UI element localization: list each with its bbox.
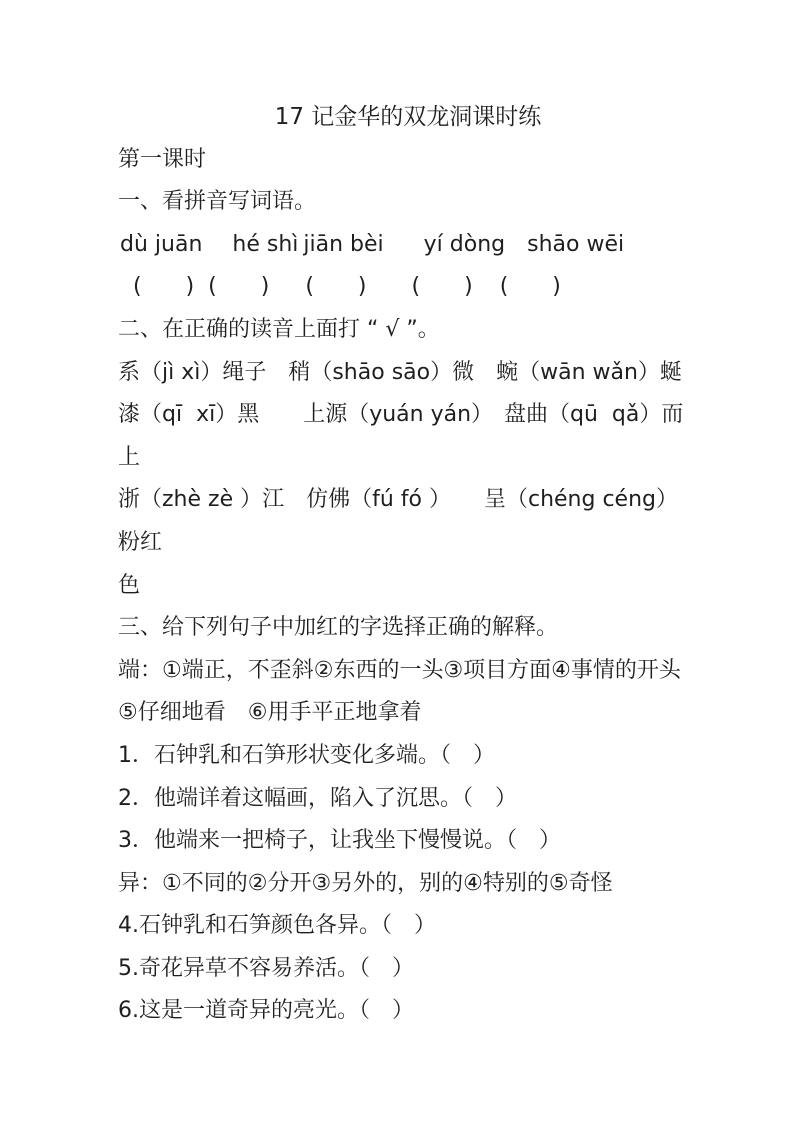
exercise2-line: 色: [118, 565, 698, 608]
exercise2-heading: 二、在正确的读音上面打 “ √ ”。: [118, 309, 698, 352]
exercise2-line: 漆（qī xī）黑 上源（yuán yán） 盘曲（qū qǎ）而上: [118, 394, 698, 479]
document-content: 17 记金华的双龙洞课时练 第一课时 一、看拼音写词语。 dù juān hé …: [118, 96, 698, 1033]
yi-definition-line: 异：①不同的②分开③另外的，别的④特别的⑤奇怪: [118, 863, 698, 906]
pinyin-word: shāo wēi: [527, 224, 624, 267]
pinyin-word: jiān bèi: [303, 224, 383, 267]
question-item: 2．他端详着这幅画，陷入了沉思。（ ）: [118, 778, 698, 821]
question-item: 1．石钟乳和石笋形状变化多端。（ ）: [118, 735, 698, 778]
answer-blank: ( ): [130, 266, 197, 309]
answer-blank: ( ): [205, 266, 272, 309]
pinyin-row: dù juān hé shì jiān bèi yí dòng shāo wēi: [118, 224, 698, 267]
question-item: 6.这是一道奇异的亮光。（ ）: [118, 990, 698, 1033]
question-item: 5.奇花异草不容易养活。（ ）: [118, 948, 698, 991]
pinyin-word: dù juān: [120, 224, 202, 267]
exercise2-line: 浙（zhè zè ）江 仿佛（fú fó ） 呈（chéng céng）粉红: [118, 479, 698, 564]
answer-blank: ( ): [302, 266, 369, 309]
answer-blanks-row: ( ) ( ) ( ) ( ) ( ): [118, 266, 698, 309]
question-item: 4.石钟乳和石笋颜色各异。（ ）: [118, 905, 698, 948]
exercise3-heading: 三、给下列句子中加红的字选择正确的解释。: [118, 607, 698, 650]
session-heading: 第一课时: [118, 139, 698, 182]
duan-definition-line: 端：①端正，不歪斜②东西的一头③项目方面④事情的开头: [118, 650, 698, 693]
answer-blank: ( ): [409, 266, 476, 309]
exercise2-line: 系（jì xì）绳子 稍（shāo sāo）微 蜿（wān wǎn）蜒: [118, 352, 698, 395]
document-page: 17 记金华的双龙洞课时练 第一课时 一、看拼音写词语。 dù juān hé …: [0, 0, 793, 1122]
duan-definition-line: ⑤仔细地看 ⑥用手平正地拿着: [118, 692, 698, 735]
pinyin-word: yí dòng: [424, 224, 505, 267]
pinyin-word: hé shì: [232, 224, 298, 267]
answer-blank: ( ): [497, 266, 564, 309]
question-item: 3．他端来一把椅子，让我坐下慢慢说。（ ）: [118, 820, 698, 863]
exercise1-heading: 一、看拼音写词语。: [118, 181, 698, 224]
page-title: 17 记金华的双龙洞课时练: [118, 96, 698, 139]
